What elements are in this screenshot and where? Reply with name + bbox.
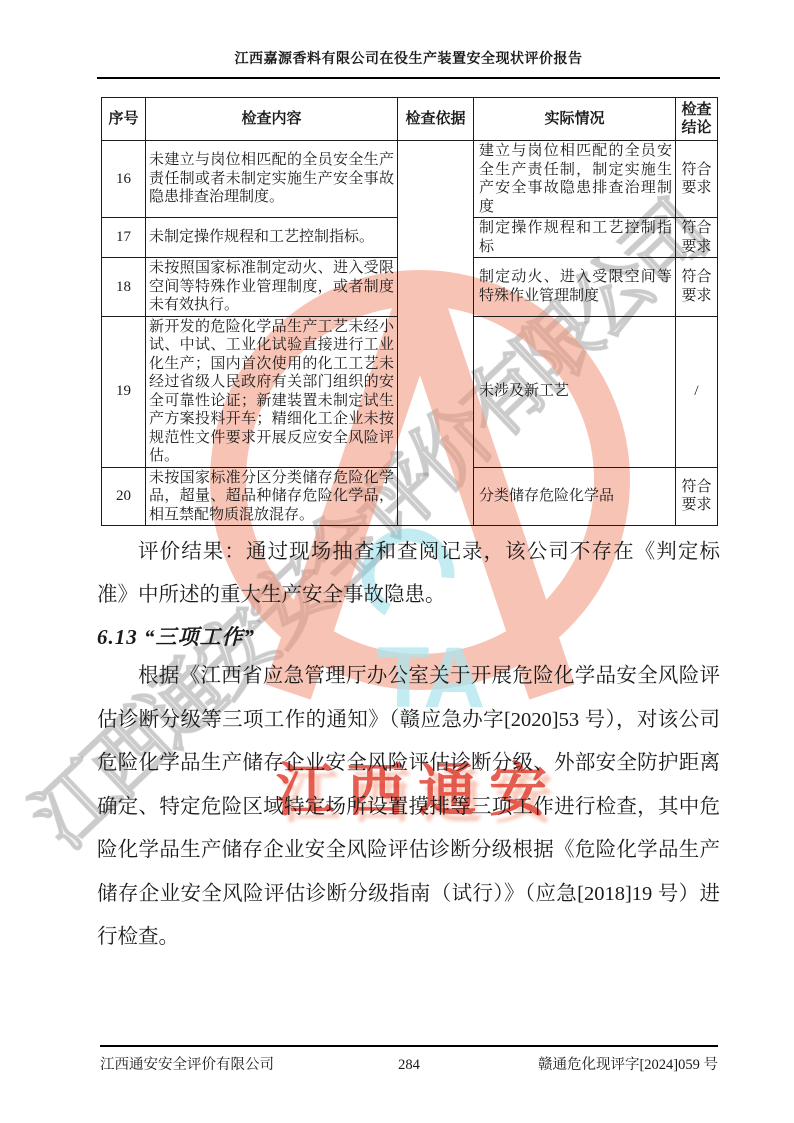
col-header-conclusion: 检查结论	[676, 98, 718, 141]
row-no: 18	[102, 258, 146, 317]
row-conclusion: 符合要求	[676, 141, 718, 218]
col-header-no: 序号	[102, 98, 146, 141]
col-header-actual: 实际情况	[474, 98, 676, 141]
row-basis-empty	[398, 141, 474, 526]
footer-page-number: 284	[306, 1057, 512, 1074]
col-header-content: 检查内容	[146, 98, 398, 141]
row-actual: 建立与岗位相匹配的全员安全生产责任制，制定实施生产安全事故隐患排查治理制度	[474, 141, 676, 218]
row-actual: 未涉及新工艺	[474, 316, 676, 467]
row-conclusion: 符合要求	[676, 218, 718, 258]
row-actual: 制定动火、进入受限空间等特殊作业管理制度	[474, 258, 676, 317]
col-header-basis: 检查依据	[398, 98, 474, 141]
row-content: 未建立与岗位相匹配的全员安全生产责任制或者未制定实施生产安全事故隐患排查治理制度…	[146, 141, 398, 218]
footer-doc-number: 赣通危化现评字[2024]059 号	[512, 1053, 718, 1074]
row-content: 未按国家标准分区分类储存危险化学品，超量、超品种储存危险化学品，相互禁配物质混放…	[146, 467, 398, 526]
document-header-title: 江西嘉源香料有限公司在役生产装置安全现状评价报告	[97, 48, 720, 79]
document-page: 江西通安安全评价有限公司 TA 江西通安 江西嘉源香料有限公司在役生产装置安全现…	[0, 0, 794, 1123]
table-header-row: 序号 检查内容 检查依据 实际情况 检查结论	[102, 98, 718, 141]
row-actual: 制定操作规程和工艺控制指标	[474, 218, 676, 258]
section-heading-6-13: 6.13 “三项工作”	[97, 622, 720, 652]
row-no: 20	[102, 467, 146, 526]
page-footer: 江西通安安全评价有限公司 284 赣通危化现评字[2024]059 号	[100, 1045, 718, 1074]
evaluation-result-paragraph: 评价结果：通过现场抽查和查阅记录，该公司不存在《判定标准》中所述的重大生产安全事…	[97, 531, 720, 617]
row-conclusion: 符合要求	[676, 467, 718, 526]
row-content: 新开发的危险化学品生产工艺未经小试、中试、工业化试验直接进行工业化生产；国内首次…	[146, 316, 398, 467]
table-row: 16 未建立与岗位相匹配的全员安全生产责任制或者未制定实施生产安全事故隐患排查治…	[102, 141, 718, 218]
section-body-paragraph: 根据《江西省应急管理厅办公室关于开展危险化学品安全风险评估诊断分级等三项工作的通…	[97, 655, 720, 960]
footer-company: 江西通安安全评价有限公司	[100, 1053, 306, 1074]
row-no: 16	[102, 141, 146, 218]
row-content: 未按照国家标准制定动火、进入受限空间等特殊作业管理制度，或者制度未有效执行。	[146, 258, 398, 317]
row-conclusion: /	[676, 316, 718, 467]
row-conclusion: 符合要求	[676, 258, 718, 317]
row-no: 19	[102, 316, 146, 467]
inspection-table: 序号 检查内容 检查依据 实际情况 检查结论 16 未建立与岗位相匹配的全员安全…	[101, 97, 718, 526]
row-no: 17	[102, 218, 146, 258]
row-actual: 分类储存危险化学品	[474, 467, 676, 526]
row-content: 未制定操作规程和工艺控制指标。	[146, 218, 398, 258]
page-content: 江西嘉源香料有限公司在役生产装置安全现状评价报告 序号 检查内容 检查依据 实际…	[97, 48, 720, 960]
